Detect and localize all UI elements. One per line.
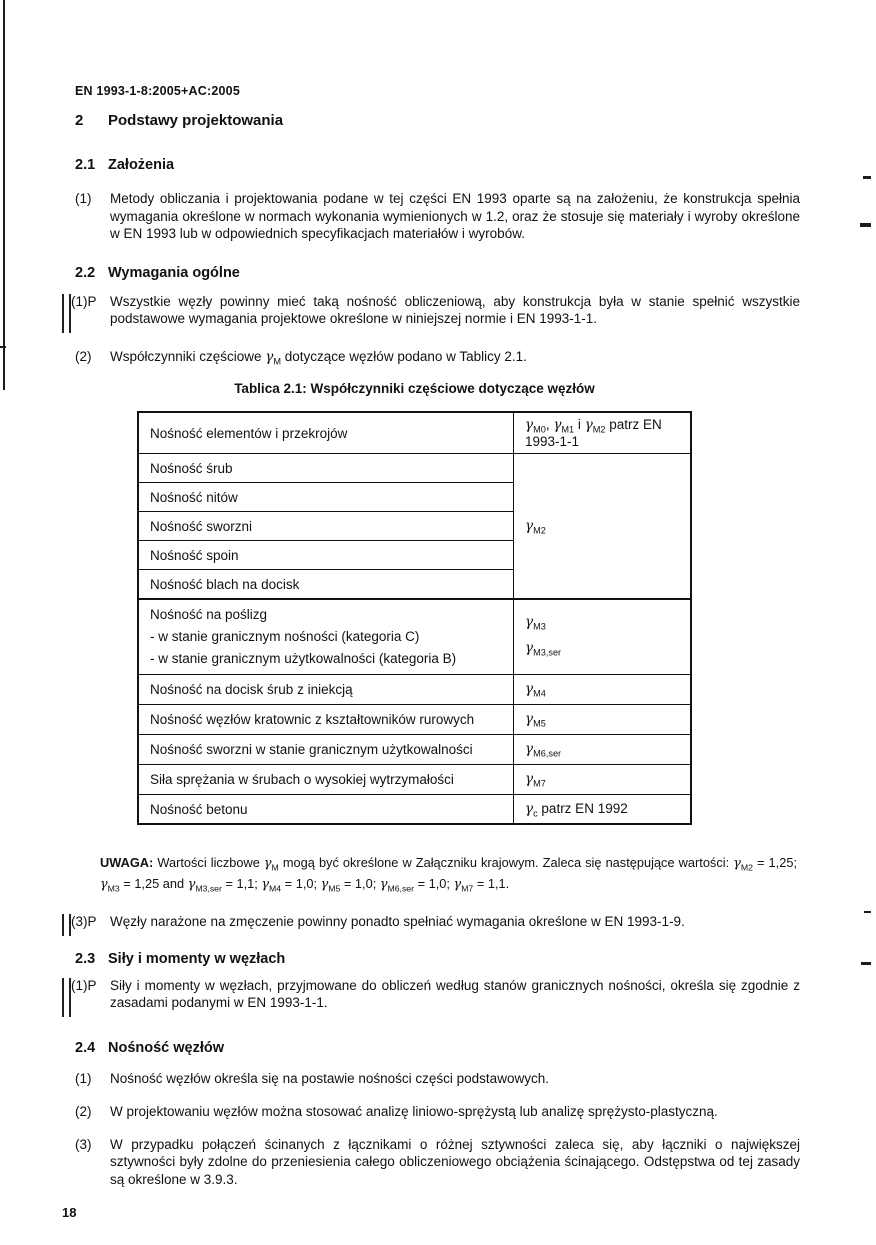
table-cell-value: γM0, γM1 i γM2 patrz EN 1993-1-1 <box>514 412 692 454</box>
table-cell-label: Nośność węzłów kratownic z kształtownikó… <box>138 705 514 735</box>
section-title: Założenia <box>108 157 174 173</box>
scan-edge-line <box>3 0 5 390</box>
paragraph-principle: (3)P Węzły narażone na zmęczenie powinny… <box>75 913 800 931</box>
section-heading-2-2: 2.2 Wymagania ogólne <box>75 265 800 281</box>
paragraph-number: (3) <box>75 1136 110 1189</box>
table-caption: Tablica 2.1: Współczynniki częściowe dot… <box>137 381 692 396</box>
paragraph: (3) W przypadku połączeń ścinanych z łąc… <box>75 1136 800 1189</box>
table-cell-label: Nośność śrub <box>138 454 514 483</box>
page-content: EN 1993-1-8:2005+AC:2005 2 Podstawy proj… <box>75 80 800 1220</box>
note-text: Wartości liczbowe γM mogą być określone … <box>100 855 797 891</box>
table-row: Siła sprężania w śrubach o wysokiej wytr… <box>138 765 691 795</box>
section-heading-2-4: 2.4 Nośność węzłów <box>75 1040 800 1056</box>
chapter-heading: 2 Podstawy projektowania <box>75 112 800 129</box>
table-row: Nośność sworzni w stanie granicznym użyt… <box>138 735 691 765</box>
paragraph-number: (1) <box>75 1070 110 1088</box>
section-heading-2-1: 2.1 Założenia <box>75 157 800 173</box>
table-cell-label: Nośność betonu <box>138 795 514 825</box>
margin-dash <box>860 223 871 227</box>
paragraph-text: Siły i momenty w węzłach, przyjmowane do… <box>110 977 800 1012</box>
table-cell-value: γM4 <box>514 675 692 705</box>
change-bar-marker <box>62 294 71 333</box>
paragraph-principle: (1)P Wszystkie węzły powinny mieć taką n… <box>75 293 800 328</box>
paragraph: (1) Metody obliczania i projektowania po… <box>75 190 800 243</box>
paragraph: (2) Współczynniki częściowe γM dotyczące… <box>75 348 800 371</box>
table-cell-value-merged: γM2 <box>514 454 692 600</box>
chapter-title: Podstawy projektowania <box>108 112 283 129</box>
paragraph-number: (1)P <box>71 293 110 328</box>
margin-dash <box>864 911 871 913</box>
paragraph-text: Nośność węzłów określa się na postawie n… <box>110 1070 800 1088</box>
table-cell-value: γM3 γM3,ser <box>514 599 692 675</box>
section-number: 2.1 <box>75 157 108 173</box>
table-cell-label: Nośność elementów i przekrojów <box>138 412 514 454</box>
section-title: Nośność węzłów <box>108 1040 224 1056</box>
change-bar-marker <box>62 914 71 936</box>
paragraph-text: Metody obliczania i projektowania podane… <box>110 190 800 243</box>
section-title: Wymagania ogólne <box>108 265 240 281</box>
margin-dash <box>861 962 871 965</box>
paragraph-number: (2) <box>75 1103 110 1121</box>
margin-dash <box>863 176 871 179</box>
paragraph-text: W projektowaniu węzłów można stosować an… <box>110 1103 800 1121</box>
table-cell-value: γM5 <box>514 705 692 735</box>
national-annex-note: UWAGA: Wartości liczbowe γM mogą być okr… <box>100 855 797 897</box>
table-row: Nośność węzłów kratownic z kształtownikó… <box>138 705 691 735</box>
document-reference: EN 1993-1-8:2005+AC:2005 <box>75 84 800 98</box>
scanned-document-page: EN 1993-1-8:2005+AC:2005 2 Podstawy proj… <box>0 0 876 1245</box>
table-cell-value: γM7 <box>514 765 692 795</box>
paragraph-text: Współczynniki częściowe γM dotyczące węz… <box>110 348 800 371</box>
section-number: 2.3 <box>75 951 108 967</box>
scan-edge-tick <box>0 346 6 348</box>
change-bar-marker <box>62 978 71 1017</box>
note-label: UWAGA: <box>100 855 153 870</box>
table-cell-label: Nośność na docisk śrub z iniekcją <box>138 675 514 705</box>
page-number: 18 <box>62 1205 800 1220</box>
table-cell-label: Nośność nitów <box>138 483 514 512</box>
paragraph-text: W przypadku połączeń ścinanych z łącznik… <box>110 1136 800 1189</box>
paragraph-number: (1) <box>75 190 110 243</box>
table-row: Nośność na docisk śrub z iniekcją γM4 <box>138 675 691 705</box>
table-cell-value: γc patrz EN 1992 <box>514 795 692 825</box>
paragraph-number: (3)P <box>71 913 110 931</box>
table-row: Nośność elementów i przekrojów γM0, γM1 … <box>138 412 691 454</box>
table-cell-label: Siła sprężania w śrubach o wysokiej wytr… <box>138 765 514 795</box>
section-heading-2-3: 2.3 Siły i momenty w węzłach <box>75 951 800 967</box>
section-title: Siły i momenty w węzłach <box>108 951 285 967</box>
table-cell-label: Nośność na poślizg - w stanie granicznym… <box>138 599 514 675</box>
table-row: Nośność betonu γc patrz EN 1992 <box>138 795 691 825</box>
table-cell-label: Nośność sworzni w stanie granicznym użyt… <box>138 735 514 765</box>
table-cell-label: Nośność sworzni <box>138 512 514 541</box>
paragraph: (2) W projektowaniu węzłów można stosowa… <box>75 1103 800 1121</box>
section-number: 2.4 <box>75 1040 108 1056</box>
table-row: Nośność na poślizg - w stanie granicznym… <box>138 599 691 675</box>
paragraph-principle: (1)P Siły i momenty w węzłach, przyjmowa… <box>75 977 800 1012</box>
table-row: Nośność śrub γM2 <box>138 454 691 483</box>
table-cell-label: Nośność spoin <box>138 541 514 570</box>
paragraph-text: Węzły narażone na zmęczenie powinny pona… <box>110 913 800 931</box>
section-number: 2.2 <box>75 265 108 281</box>
table-cell-value: γM6,ser <box>514 735 692 765</box>
partial-factors-table: Nośność elementów i przekrojów γM0, γM1 … <box>137 411 692 826</box>
paragraph-number: (1)P <box>71 977 110 1012</box>
paragraph: (1) Nośność węzłów określa się na postaw… <box>75 1070 800 1088</box>
table-cell-label: Nośność blach na docisk <box>138 570 514 600</box>
paragraph-text: Wszystkie węzły powinny mieć taką nośnoś… <box>110 293 800 328</box>
chapter-number: 2 <box>75 112 108 129</box>
paragraph-number: (2) <box>75 348 110 371</box>
